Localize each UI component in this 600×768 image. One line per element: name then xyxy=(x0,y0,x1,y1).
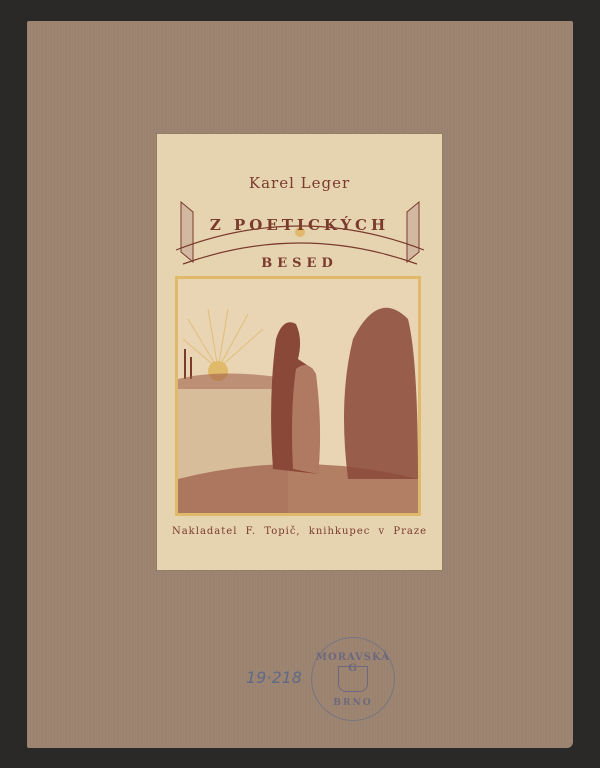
illustration xyxy=(175,276,421,516)
stamp-bottom-text: BRNO xyxy=(312,698,394,708)
stamp-crest-icon xyxy=(338,666,368,692)
publisher-line: Nakladatel F. Topič, knihkupec v Praze xyxy=(157,526,442,537)
title-line-2: BESED xyxy=(157,256,442,271)
title-line-1: Z POETICKÝCH xyxy=(157,216,442,234)
landscape-illustration xyxy=(178,279,418,513)
author-name: Karel Leger xyxy=(157,174,442,192)
museum-stamp: MORAVSKÁ G BRNO xyxy=(311,637,395,721)
inventory-number: 19·218 xyxy=(246,668,302,687)
book-cover-print: Karel Leger Z POETICKÝCH BESED Nakladate… xyxy=(157,134,442,570)
